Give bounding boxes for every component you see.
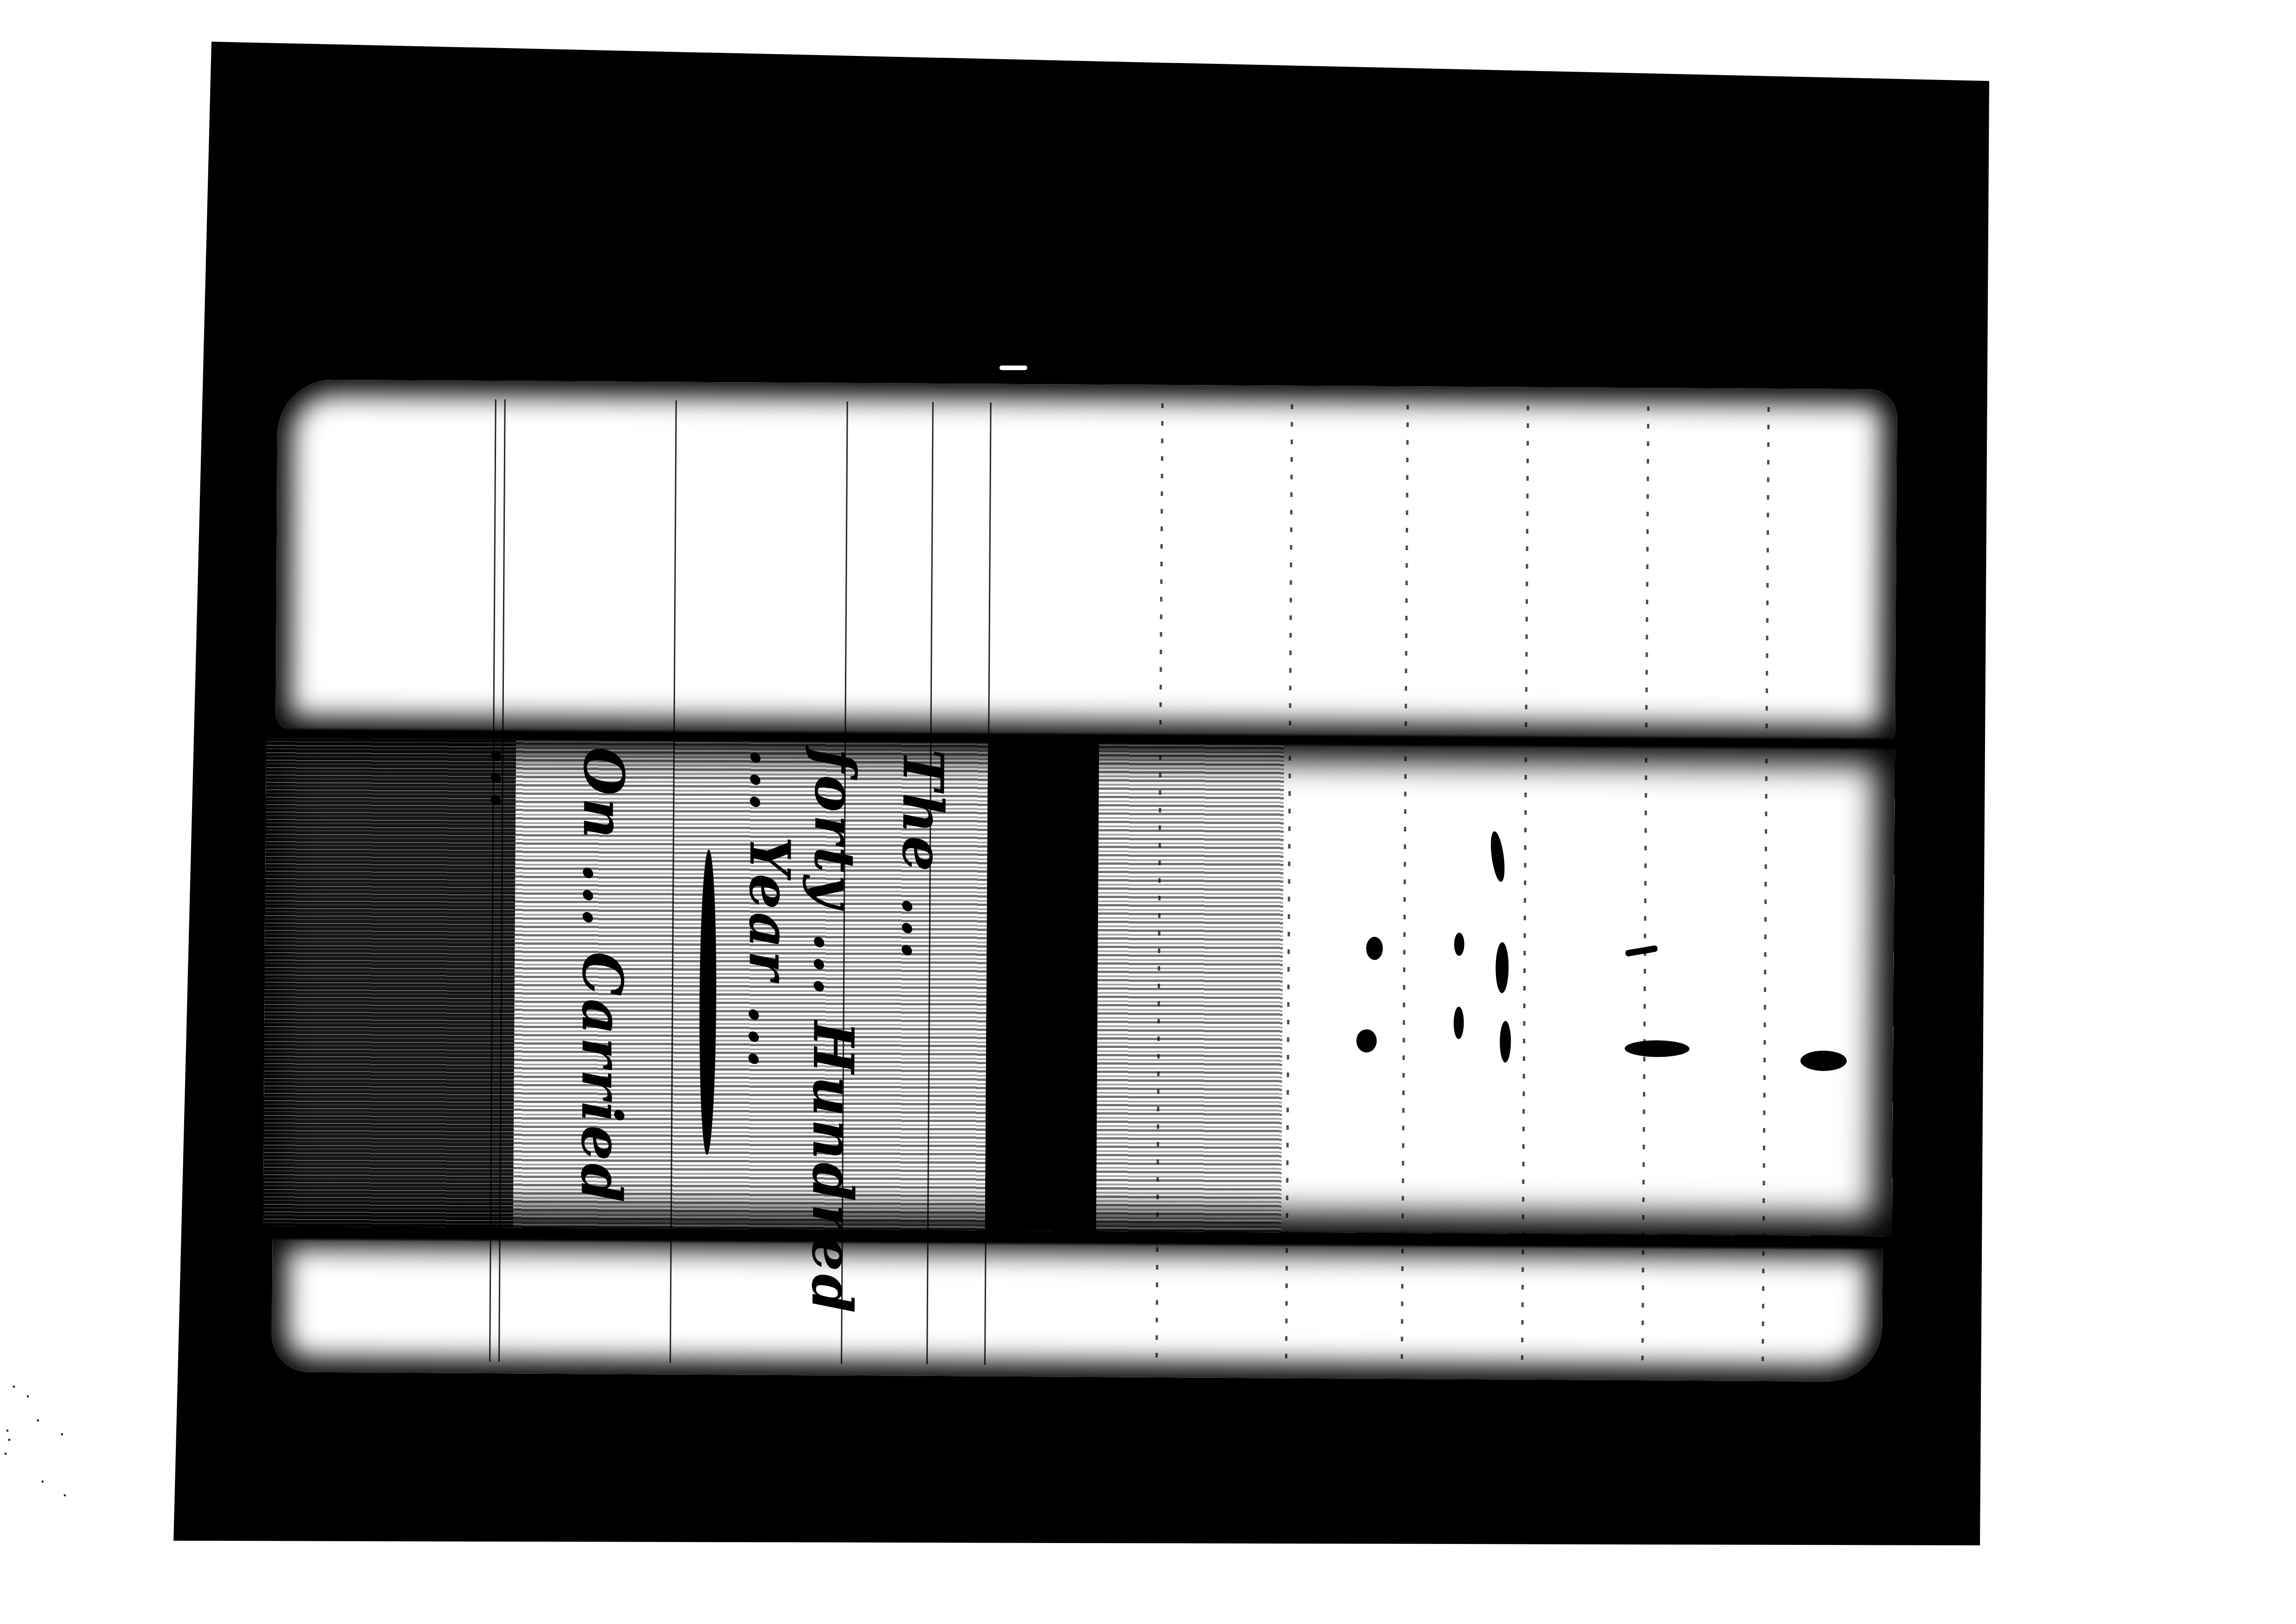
film-tab-mark	[999, 366, 1027, 370]
page-top-section	[275, 379, 1897, 741]
ink-mark	[1366, 937, 1383, 960]
ink-mark	[1356, 1029, 1377, 1053]
ledger-page: The ... forty ... Hundred ... Year ... O…	[253, 379, 1906, 1380]
handwriting-line: forty ... Hundred	[799, 748, 868, 1316]
handwriting-line: On ... Carried	[568, 747, 636, 1205]
ink-mark	[1800, 1050, 1847, 1071]
handwriting-line: ... Year ...	[736, 748, 803, 1072]
handwriting-line: The ...	[889, 749, 956, 963]
dark-column-band	[985, 740, 1099, 1231]
handwriting-line: ...	[478, 746, 544, 813]
